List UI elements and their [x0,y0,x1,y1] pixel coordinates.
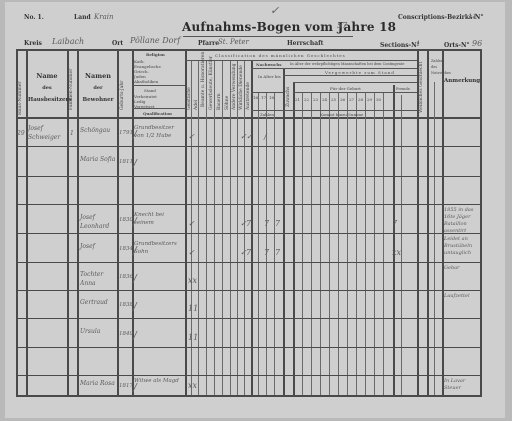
sections-value: 1 [416,40,420,48]
kreis-label: Kreis [24,40,42,47]
header-res-l2: der [80,82,116,94]
conscription-value: 11 [468,13,477,21]
mark-cell: 11 [188,333,198,342]
header-owner-name: Name des Hausbesitzers [28,70,66,106]
check-mark-icon: / [133,272,137,285]
mark-cell: ✓ [188,248,195,257]
remark-cell: Gebar [444,265,480,272]
rule-h [251,110,417,111]
form-number: No. 1. [24,14,44,21]
table-row: Tochter Anna1836Gebarxx/ [16,262,482,290]
mark-cell: 7 [246,219,251,228]
check-mark-icon: / [133,381,137,394]
qualification-cell: Grundbesitzer von 1/2 Hube [134,124,184,140]
year-col: 29 [367,97,372,102]
resident-name-cell: Josef [80,242,120,251]
house-number-cell: 29 [17,130,25,137]
header-status: Stand [144,88,156,93]
year-col: 30 [376,97,381,102]
remark-cell: In Lavar Steuer [444,378,480,392]
header-col: Bauern [217,80,222,110]
land-value: Krain [94,13,114,21]
mark-cell: 11 [188,304,198,313]
header-col: Andere Verwendung [232,70,237,110]
row-rule [16,262,482,263]
table-row: Maria Sofia1811/ [16,146,482,176]
mark-cell: ✓ [246,132,253,141]
resident-name-cell: Maria Sofia [80,155,120,164]
birth-year-cell: 1830 [119,217,133,223]
header-qualification: Qualification [143,111,172,116]
remark-cell: Leidet an Brustübeln untauglich [444,236,480,257]
header-zuwachs: Zuwachs [286,85,291,107]
row-rule [16,290,482,291]
header-col: Söhne [225,80,230,110]
header-res-l3: Bewohner [80,94,116,106]
year-col: 25 [331,97,336,102]
row-rule [16,146,482,147]
resident-name-cell: Josef Leonhard [80,213,120,231]
row-rule [16,176,482,177]
rule-h [251,68,417,69]
header-col: Geistliche [187,75,192,110]
mark-cell: xx [188,276,197,285]
table-row: Ursula184011/ [16,318,482,347]
family-number-cell: 1 [70,130,74,137]
header-col: Gewerbsleute, Künstler [209,65,214,110]
rule-h [185,60,417,61]
mark-cell: / [264,132,267,141]
resident-name-cell: Maria Rosa [80,379,120,388]
mark-cell: 7 [392,219,397,228]
header-jahr-geburt: Für der Geburt [330,86,361,91]
kreis-value: Laibach [52,37,84,46]
ort-label: Ort [112,40,123,47]
resident-name-cell: Ursula [80,327,120,336]
header-military-note: In Alter der wehrpflichtigen Mannschafte… [290,62,404,66]
check-mark-icon: / [133,128,137,141]
year-col: 28 [358,97,363,102]
rule-h [293,82,417,83]
check-mark-icon: / [133,215,137,228]
header-abgang: Vergewerbte zum Stand [325,70,395,75]
header-owner-l1: Name [28,70,66,82]
header-col: Beamte u. Honoratioren [201,62,206,107]
row-rule [16,375,482,376]
sections-label: Sections-N° [380,42,420,49]
mark-cell: ✓ [188,219,195,228]
resident-name-cell: Schöngau [80,126,120,135]
header-classification: Classification des männlichen Geschlecht… [215,53,346,58]
header-top-rule [16,49,482,51]
year-col: 24 [322,97,327,102]
header-remark: Anmerkung [444,78,480,84]
orts-value: 96 [472,39,482,48]
rule-h [293,92,417,93]
birth-year-cell: 1834 [119,246,133,252]
year-col: 23 [313,97,318,102]
header-nutzvieh: Zahlen des Nutzviehes [431,58,441,76]
year-col: 27 [349,97,354,102]
rule-h [132,85,185,86]
mark-cell: xx [392,248,401,257]
year-col: 22 [304,97,309,102]
row-rule [16,318,482,319]
title-underline [183,36,353,37]
table-row [16,176,482,204]
mark-cell: 7 [264,248,269,257]
year-col: 21 [295,97,300,102]
rule-h [251,92,283,93]
check-mark-top: ✓ [270,4,279,17]
header-weiblich: Weibliches Geschlecht [419,58,424,113]
birth-year-cell: 1836 [119,274,133,280]
orts-label: Orts-N° [444,42,470,49]
form-title: Aufnahms-Bogen vom Jahre 18 [182,20,396,34]
check-mark-icon: / [133,329,137,342]
table-row: 29Josef Schweiger1Schöngau1791Grundbesit… [16,117,482,146]
rule-h [283,75,417,76]
row-rule [16,204,482,205]
row-rule [16,233,482,234]
header-religion: Religion [146,52,165,57]
header-house-number: Haus-Nummer [18,75,23,115]
herrschaft-label: Herrschaft [287,40,323,47]
mark-cell: 7 [275,219,280,228]
qualification-cell: Grundbesitzers Sohn [134,240,184,256]
mark-cell: 7 [264,219,269,228]
header-family-number: Familien-Nummer [69,70,74,110]
birth-year-cell: 1811 [119,159,133,165]
birth-year-cell: 1791 [119,130,133,136]
religion-row: Akatholiken [134,79,158,84]
check-mark-icon: / [133,300,137,313]
mark-cell: xx [188,381,197,390]
remark-cell: Laufzettel [444,293,480,300]
qualification-cell: Knecht bei seinem [134,211,184,227]
table-row: Gertraud1838Laufzettel11/ [16,290,482,318]
table-bottom-rule [16,395,482,397]
header-age-group: In Alter bis [258,74,281,79]
land-label: Land [74,14,91,21]
age-col: 18 [269,95,274,100]
header-owner-l2: des [28,82,66,94]
table-row: Josef Leonhard1830Knecht bei seinem1855 … [16,204,482,233]
qualification-cell: Witwe als Magd [134,377,184,385]
age-col: 16 [253,95,258,100]
check-mark-icon: / [133,244,137,257]
remark-cell: 1855 in das 16te Jäger Bataillon assenti… [444,207,480,235]
header-col: Wirkliche Dienende [239,70,244,110]
status-row: Verwitwet [134,104,155,109]
header-resident-names: Namen der Bewohner [80,70,116,106]
pfarre-value: St. Peter [218,38,249,46]
birth-year-cell: 1817 [119,383,133,389]
pfarre-label: Pfarre [198,40,219,47]
resident-name-cell: Gertraud [80,298,120,307]
mark-cell: ✓ [188,132,195,141]
header-birth-year: Geburts-Jahr [120,80,125,110]
table-row: Maria Rosa1817Witwe als MagdIn Lavar Ste… [16,375,482,395]
header-col: Adel [194,75,199,110]
table-row [16,347,482,375]
year-col: 26 [340,97,345,102]
mark-cell: 7 [246,248,251,257]
form-year: 57 [337,21,347,30]
age-col: 17 [261,95,266,100]
resident-name-cell: Tochter Anna [80,270,120,288]
birth-year-cell: 1838 [119,302,133,308]
table-row: Josef1834Grundbesitzers SohnLeidet an Br… [16,233,482,262]
header-res-l1: Namen [80,70,116,82]
birth-year-cell: 1840 [119,331,133,337]
mark-cell: 7 [275,248,280,257]
owner-cell: Josef Schweiger [28,124,66,142]
header-owner-l3: Hausbesitzers [28,94,66,106]
check-mark-icon: / [133,157,137,170]
ort-value: Pöllane Dorf [130,36,180,45]
header-nachwuchs: Nachwuchs [256,62,282,67]
header-fremde: Fremde [396,87,410,91]
header-col: Austretende [246,75,251,110]
row-rule [16,347,482,348]
